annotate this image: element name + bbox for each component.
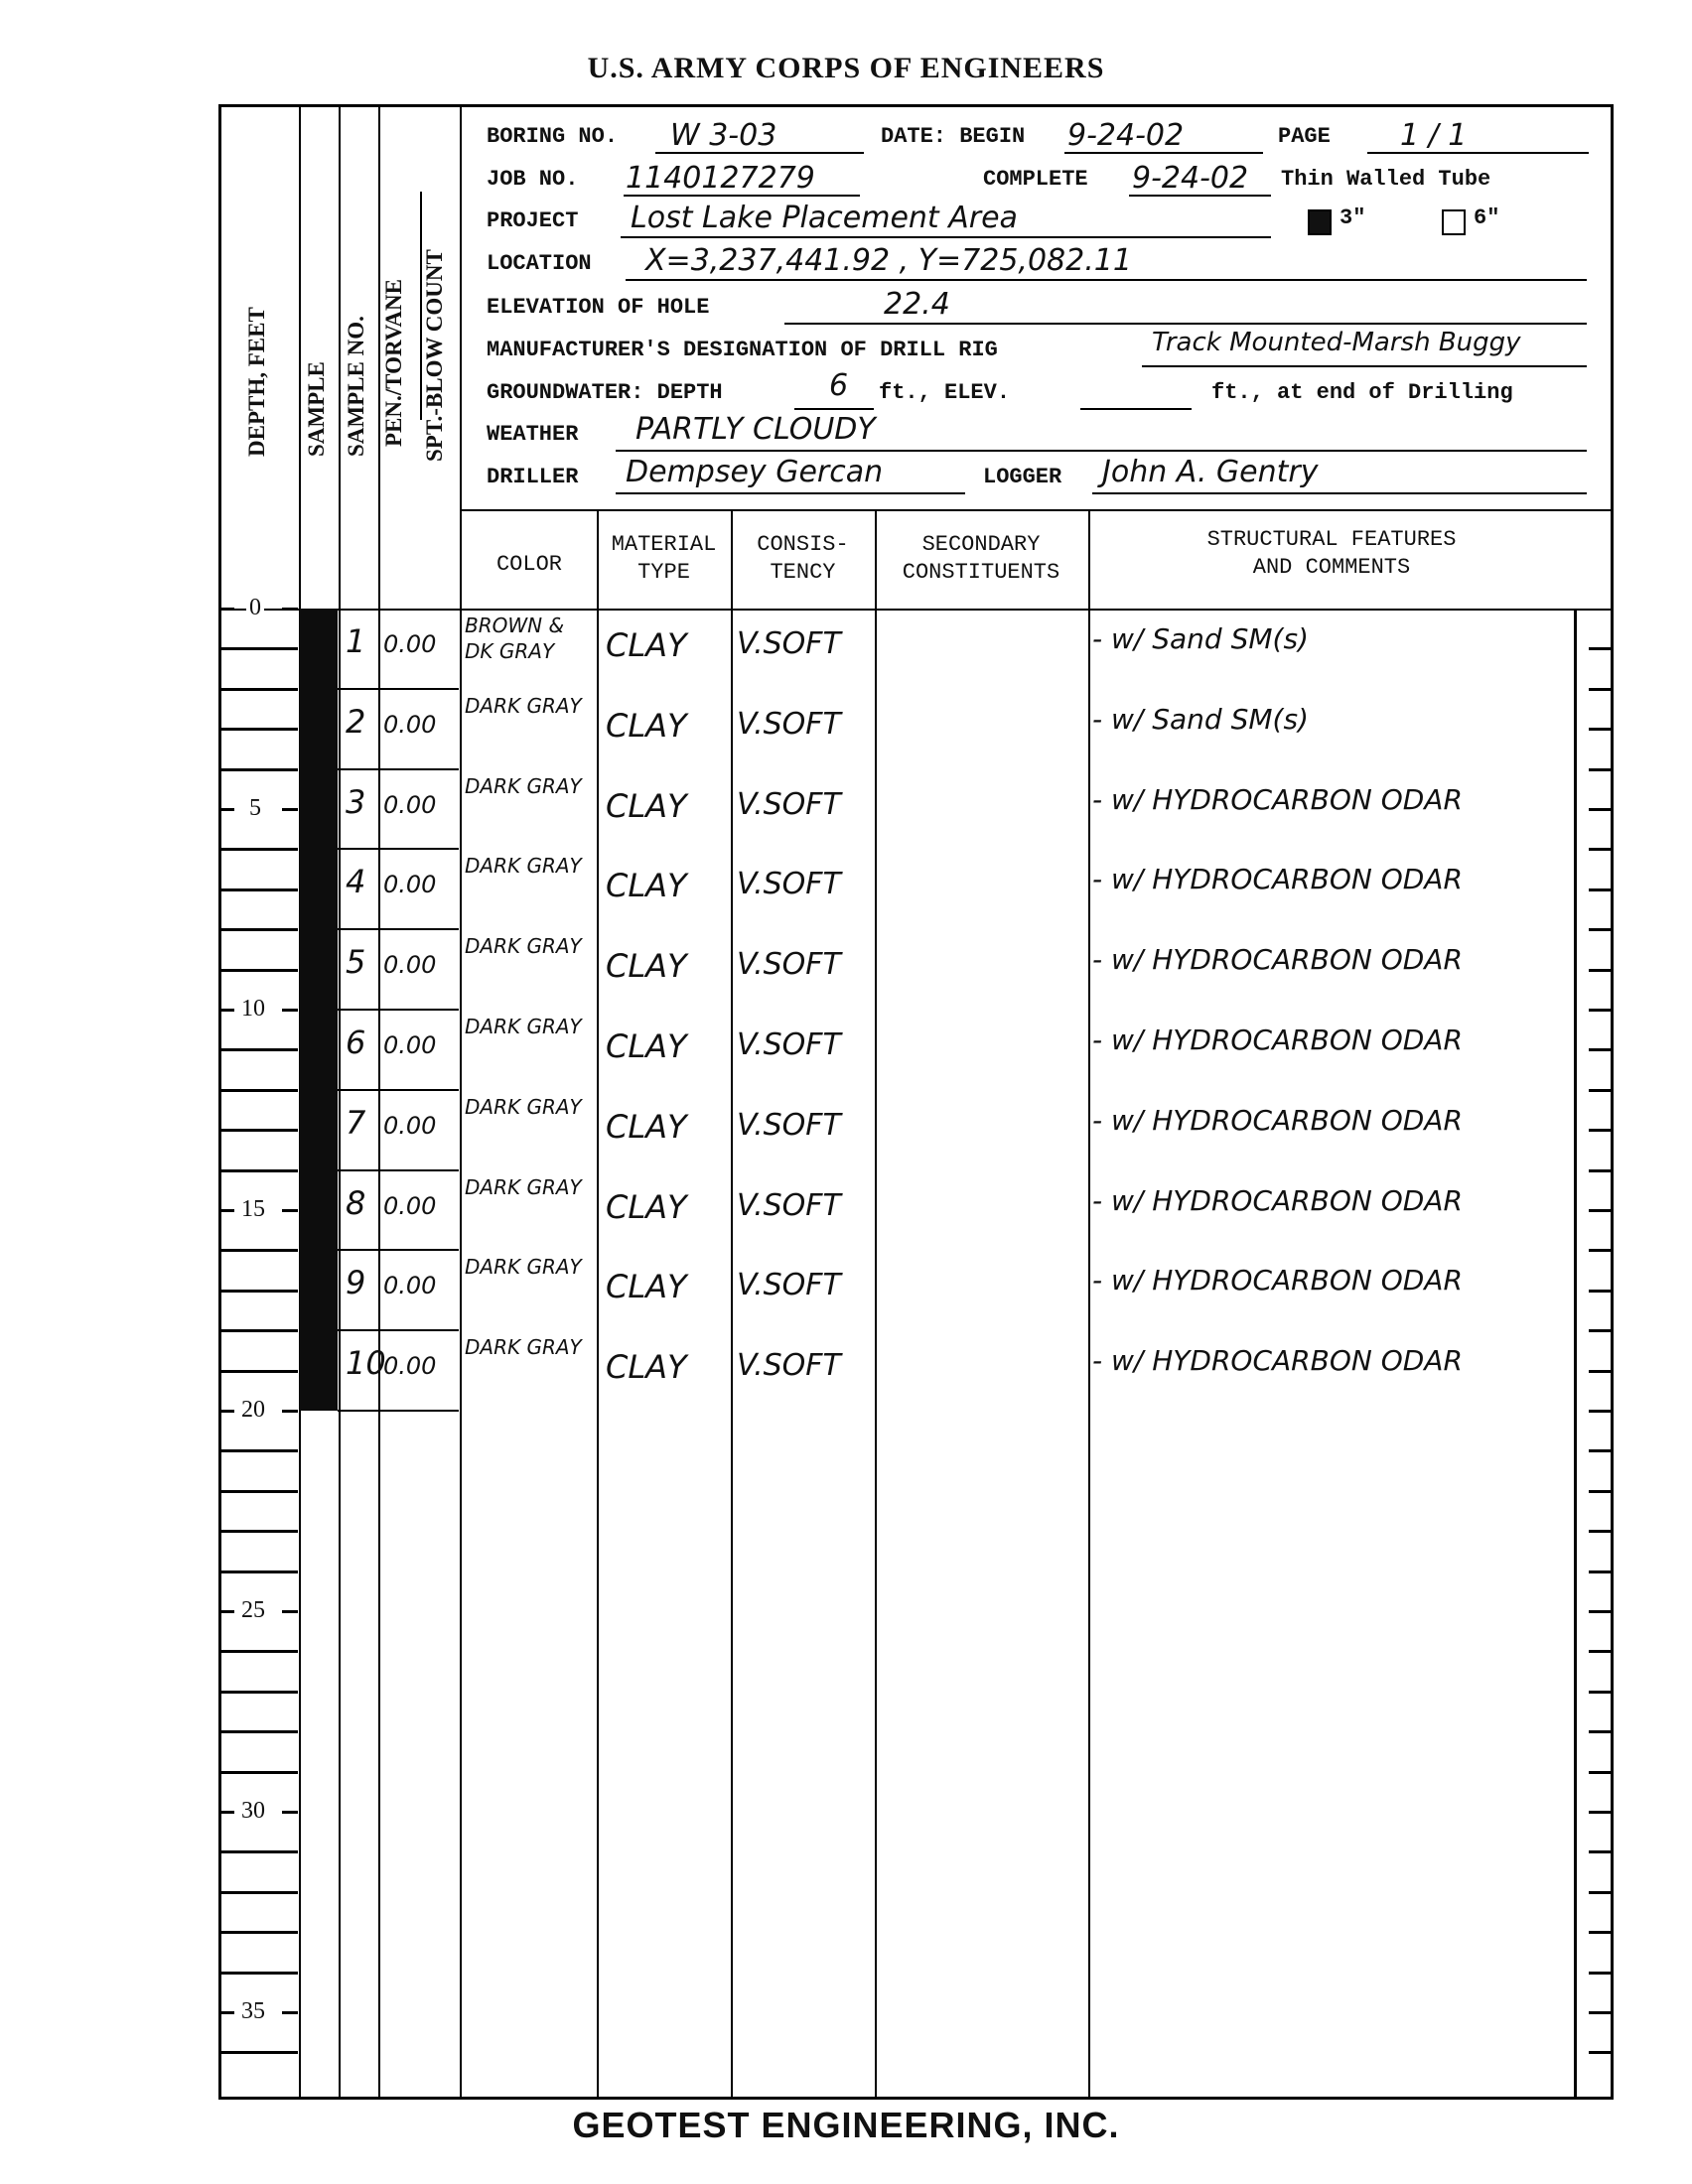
color-cell: DARK GRAY: [465, 1014, 592, 1039]
sample-no-cell: 7: [346, 1104, 365, 1142]
sample-no-cell: 10: [346, 1344, 386, 1382]
date-begin-label: DATE: BEGIN: [881, 124, 1025, 149]
color-cell: DARK GRAY: [465, 693, 592, 719]
end-of-drilling-label: ft., at end of Drilling: [1211, 380, 1513, 405]
material-cell: CLAY: [606, 787, 687, 825]
date-complete-field-underline: [1129, 195, 1271, 197]
color-cell: DARK GRAY: [465, 1094, 592, 1120]
right-depth-tick: [1589, 1449, 1613, 1452]
torvane-cell: 0.00: [383, 630, 436, 658]
sample-no-cell: 1: [346, 622, 365, 660]
consistency-cell: V.SOFT: [737, 947, 841, 982]
material-cell: CLAY: [606, 626, 687, 664]
comments-cell: - w/ HYDROCARBON ODAR: [1092, 1184, 1463, 1217]
depth-tick: [220, 1530, 298, 1533]
depth-label: 35: [238, 1998, 268, 2025]
depth-label: 25: [238, 1597, 268, 1624]
depth-tick: [220, 1691, 298, 1694]
drill-rig-label: MANUFACTURER'S DESIGNATION OF DRILL RIG: [487, 338, 998, 362]
sample-no-cell: 6: [346, 1024, 365, 1061]
comments-cell: - w/ HYDROCARBON ODAR: [1092, 1344, 1463, 1377]
job-no-label: JOB NO.: [487, 167, 578, 192]
tube-option-label: 3": [1339, 205, 1365, 230]
comments-cell: - w/ Sand SM(s): [1092, 622, 1309, 655]
structural-comments-header: STRUCTURAL FEATURESAND COMMENTS: [1088, 526, 1575, 582]
right-depth-tick: [1589, 2011, 1613, 2014]
comments-cell: - w/ HYDROCARBON ODAR: [1092, 1024, 1463, 1056]
right-depth-tick: [1589, 1811, 1613, 1814]
torvane-cell: 0.00: [383, 1112, 436, 1140]
color-cell: DARK GRAY: [465, 1254, 592, 1280]
torvane-cell: 0.00: [383, 871, 436, 898]
elevation-field[interactable]: 22.4: [884, 287, 950, 322]
comments-cell: - w/ HYDROCARBON ODAR: [1092, 1104, 1463, 1137]
right-depth-tick: [1589, 1610, 1613, 1613]
date-complete-field[interactable]: 9-24-02: [1132, 161, 1248, 196]
consistency-cell: V.SOFT: [737, 1188, 841, 1223]
sample-row: 60.00DARK GRAYCLAYV.SOFT- w/ HYDROCARBON…: [0, 1010, 1692, 1090]
sample-row: 10.00BROWN & DK GRAYCLAYV.SOFT- w/ Sand …: [0, 609, 1692, 689]
right-depth-tick: [1589, 1850, 1613, 1853]
material-cell: CLAY: [606, 707, 687, 745]
boring-no-label: BORING NO.: [487, 124, 618, 149]
depth-tick: [220, 1891, 298, 1894]
logger-field-underline: [1092, 492, 1587, 494]
complete-label: COMPLETE: [983, 167, 1088, 192]
page-label: PAGE: [1278, 124, 1331, 149]
torvane-cell: 0.00: [383, 951, 436, 979]
weather-field-underline: [616, 450, 1587, 452]
sample-no-cell: 2: [346, 703, 365, 741]
torvane-cell: 0.00: [383, 791, 436, 819]
color-cell: BROWN & DK GRAY: [465, 613, 592, 664]
job-no-field-underline: [624, 195, 860, 197]
depth-header: DEPTH, FEET: [244, 307, 270, 457]
secondary-constituents-header: SECONDARYCONSTITUENTS: [874, 531, 1088, 587]
depth-tick: [220, 1650, 298, 1653]
sample-row: 100.00DARK GRAYCLAYV.SOFT- w/ HYDROCARBO…: [0, 1330, 1692, 1411]
comments-cell: - w/ HYDROCARBON ODAR: [1092, 863, 1463, 895]
material-cell: CLAY: [606, 1268, 687, 1305]
project-field[interactable]: Lost Lake Placement Area: [631, 201, 1018, 235]
logger-field[interactable]: John A. Gentry: [1102, 455, 1319, 489]
consistency-cell: V.SOFT: [737, 1108, 841, 1143]
material-cell: CLAY: [606, 1027, 687, 1065]
sample-row: 50.00DARK GRAYCLAYV.SOFT- w/ HYDROCARBON…: [0, 929, 1692, 1010]
logger-label: LOGGER: [983, 465, 1061, 489]
torvane-cell: 0.00: [383, 1272, 436, 1299]
right-depth-tick: [1589, 1972, 1613, 1975]
date-begin-field[interactable]: 9-24-02: [1067, 118, 1184, 153]
boring-no-field-underline: [655, 152, 864, 154]
weather-field[interactable]: PARTLY CLOUDY: [635, 412, 876, 447]
drill-rig-field[interactable]: Track Mounted-Marsh Buggy: [1152, 328, 1521, 357]
depth-tick: [220, 1490, 298, 1493]
tube-6in-checkbox[interactable]: [1442, 209, 1466, 235]
location-field[interactable]: X=3,237,441.92 , Y=725,082.11: [645, 243, 1132, 278]
depth-major-tick: [220, 2011, 234, 2014]
tube-3in-checkbox[interactable]: [1308, 209, 1332, 235]
consistency-cell: V.SOFT: [737, 867, 841, 901]
location-field-underline: [626, 279, 1587, 281]
depth-tick: [220, 1771, 298, 1774]
drill-rig-field-underline: [1142, 365, 1587, 367]
location-label: LOCATION: [487, 251, 592, 276]
consistency-cell: V.SOFT: [737, 1348, 841, 1383]
right-depth-tick: [1589, 2051, 1613, 2054]
project-field-underline: [621, 236, 1271, 238]
driller-field-underline: [616, 492, 965, 494]
depth-tick: [220, 1570, 298, 1573]
depth-tick: [220, 1931, 298, 1934]
spt-blow-count-header: SPT.-BLOW COUNT: [422, 249, 448, 462]
date-begin-field-underline: [1064, 152, 1263, 154]
sample-row: 80.00DARK GRAYCLAYV.SOFT- w/ HYDROCARBON…: [0, 1170, 1692, 1251]
depth-tick: [220, 1449, 298, 1452]
sample-no-header: SAMPLE NO.: [344, 316, 369, 457]
right-depth-tick: [1589, 1691, 1613, 1694]
depth-major-tick: [220, 1610, 234, 1613]
color-cell: DARK GRAY: [465, 853, 592, 879]
groundwater-depth-label: GROUNDWATER: DEPTH: [487, 380, 723, 405]
right-depth-tick: [1589, 1771, 1613, 1774]
material-cell: CLAY: [606, 1348, 687, 1386]
divider: [460, 509, 1614, 511]
torvane-cell: 0.00: [383, 1031, 436, 1059]
groundwater-elev-field-underline: [1080, 408, 1192, 410]
depth-major-tick: [282, 2011, 298, 2014]
sample-no-cell: 3: [346, 783, 365, 821]
material-cell: CLAY: [606, 867, 687, 904]
right-depth-tick: [1589, 1570, 1613, 1573]
depth-major-tick: [282, 1610, 298, 1613]
depth-tick: [220, 1730, 298, 1733]
sample-row: 70.00DARK GRAYCLAYV.SOFT- w/ HYDROCARBON…: [0, 1090, 1692, 1170]
comments-cell: - w/ Sand SM(s): [1092, 703, 1309, 736]
color-header: COLOR: [461, 551, 598, 579]
project-label: PROJECT: [487, 208, 578, 233]
agency-title: U.S. ARMY CORPS OF ENGINEERS: [0, 52, 1692, 85]
depth-tick: [220, 1850, 298, 1853]
groundwater-depth-field[interactable]: 6: [829, 368, 848, 403]
color-cell: DARK GRAY: [465, 933, 592, 959]
consistency-cell: V.SOFT: [737, 1268, 841, 1302]
sample-row: 40.00DARK GRAYCLAYV.SOFT- w/ HYDROCARBON…: [0, 849, 1692, 929]
groundwater-depth-field-underline: [794, 408, 874, 410]
depth-label: 30: [238, 1798, 268, 1825]
material-cell: CLAY: [606, 947, 687, 985]
elevation-label: ELEVATION OF HOLE: [487, 295, 709, 320]
material-cell: CLAY: [606, 1108, 687, 1146]
weather-label: WEATHER: [487, 422, 578, 447]
right-depth-tick: [1589, 1490, 1613, 1493]
consistency-cell: V.SOFT: [737, 626, 841, 661]
sample-header: SAMPLE: [304, 361, 330, 457]
boring-no-field[interactable]: W 3-03: [670, 118, 776, 153]
color-cell: DARK GRAY: [465, 1174, 592, 1200]
right-depth-tick: [1589, 1891, 1613, 1894]
comments-cell: - w/ HYDROCARBON ODAR: [1092, 783, 1463, 816]
company-footer: GEOTEST ENGINEERING, INC.: [0, 2105, 1692, 2146]
right-depth-tick: [1589, 1530, 1613, 1533]
sample-row: 90.00DARK GRAYCLAYV.SOFT- w/ HYDROCARBON…: [0, 1250, 1692, 1330]
torvane-cell: 0.00: [383, 711, 436, 739]
elevation-field-underline: [784, 323, 1587, 325]
driller-field[interactable]: Dempsey Gercan: [626, 455, 883, 489]
page-field-underline: [1367, 152, 1589, 154]
material-cell: CLAY: [606, 1188, 687, 1226]
torvane-cell: 0.00: [383, 1192, 436, 1220]
tube-option-label: 6": [1474, 205, 1499, 230]
sample-no-cell: 4: [346, 863, 365, 900]
depth-major-tick: [220, 1811, 234, 1814]
sample-row: 30.00DARK GRAYCLAYV.SOFT- w/ HYDROCARBON…: [0, 769, 1692, 850]
row-divider: [338, 1410, 459, 1412]
material-type-header: MATERIALTYPE: [596, 531, 732, 587]
sample-no-cell: 5: [346, 943, 365, 981]
depth-tick: [220, 2051, 298, 2054]
pen-torvane-header: PEN./TORVANE: [381, 279, 407, 447]
sample-row: 20.00DARK GRAYCLAYV.SOFT- w/ Sand SM(s): [0, 689, 1692, 769]
consistency-cell: V.SOFT: [737, 787, 841, 822]
tube-label: Thin Walled Tube: [1281, 167, 1490, 192]
ft-elev-label: ft., ELEV.: [879, 380, 1010, 405]
job-no-field[interactable]: 1140127279: [626, 161, 815, 196]
consistency-cell: V.SOFT: [737, 707, 841, 742]
depth-major-tick: [282, 1811, 298, 1814]
right-depth-tick: [1589, 1730, 1613, 1733]
comments-cell: - w/ HYDROCARBON ODAR: [1092, 1264, 1463, 1297]
depth-tick: [220, 1972, 298, 1975]
torvane-cell: 0.00: [383, 1352, 436, 1380]
sample-no-cell: 8: [346, 1184, 365, 1222]
driller-label: DRILLER: [487, 465, 578, 489]
color-cell: DARK GRAY: [465, 773, 592, 799]
right-depth-tick: [1589, 1931, 1613, 1934]
page-field[interactable]: 1 / 1: [1400, 118, 1467, 153]
right-depth-tick: [1589, 1650, 1613, 1653]
color-cell: DARK GRAY: [465, 1334, 592, 1360]
consistency-header: CONSIS-TENCY: [730, 531, 876, 587]
sample-no-cell: 9: [346, 1264, 365, 1301]
comments-cell: - w/ HYDROCARBON ODAR: [1092, 943, 1463, 976]
consistency-cell: V.SOFT: [737, 1027, 841, 1062]
